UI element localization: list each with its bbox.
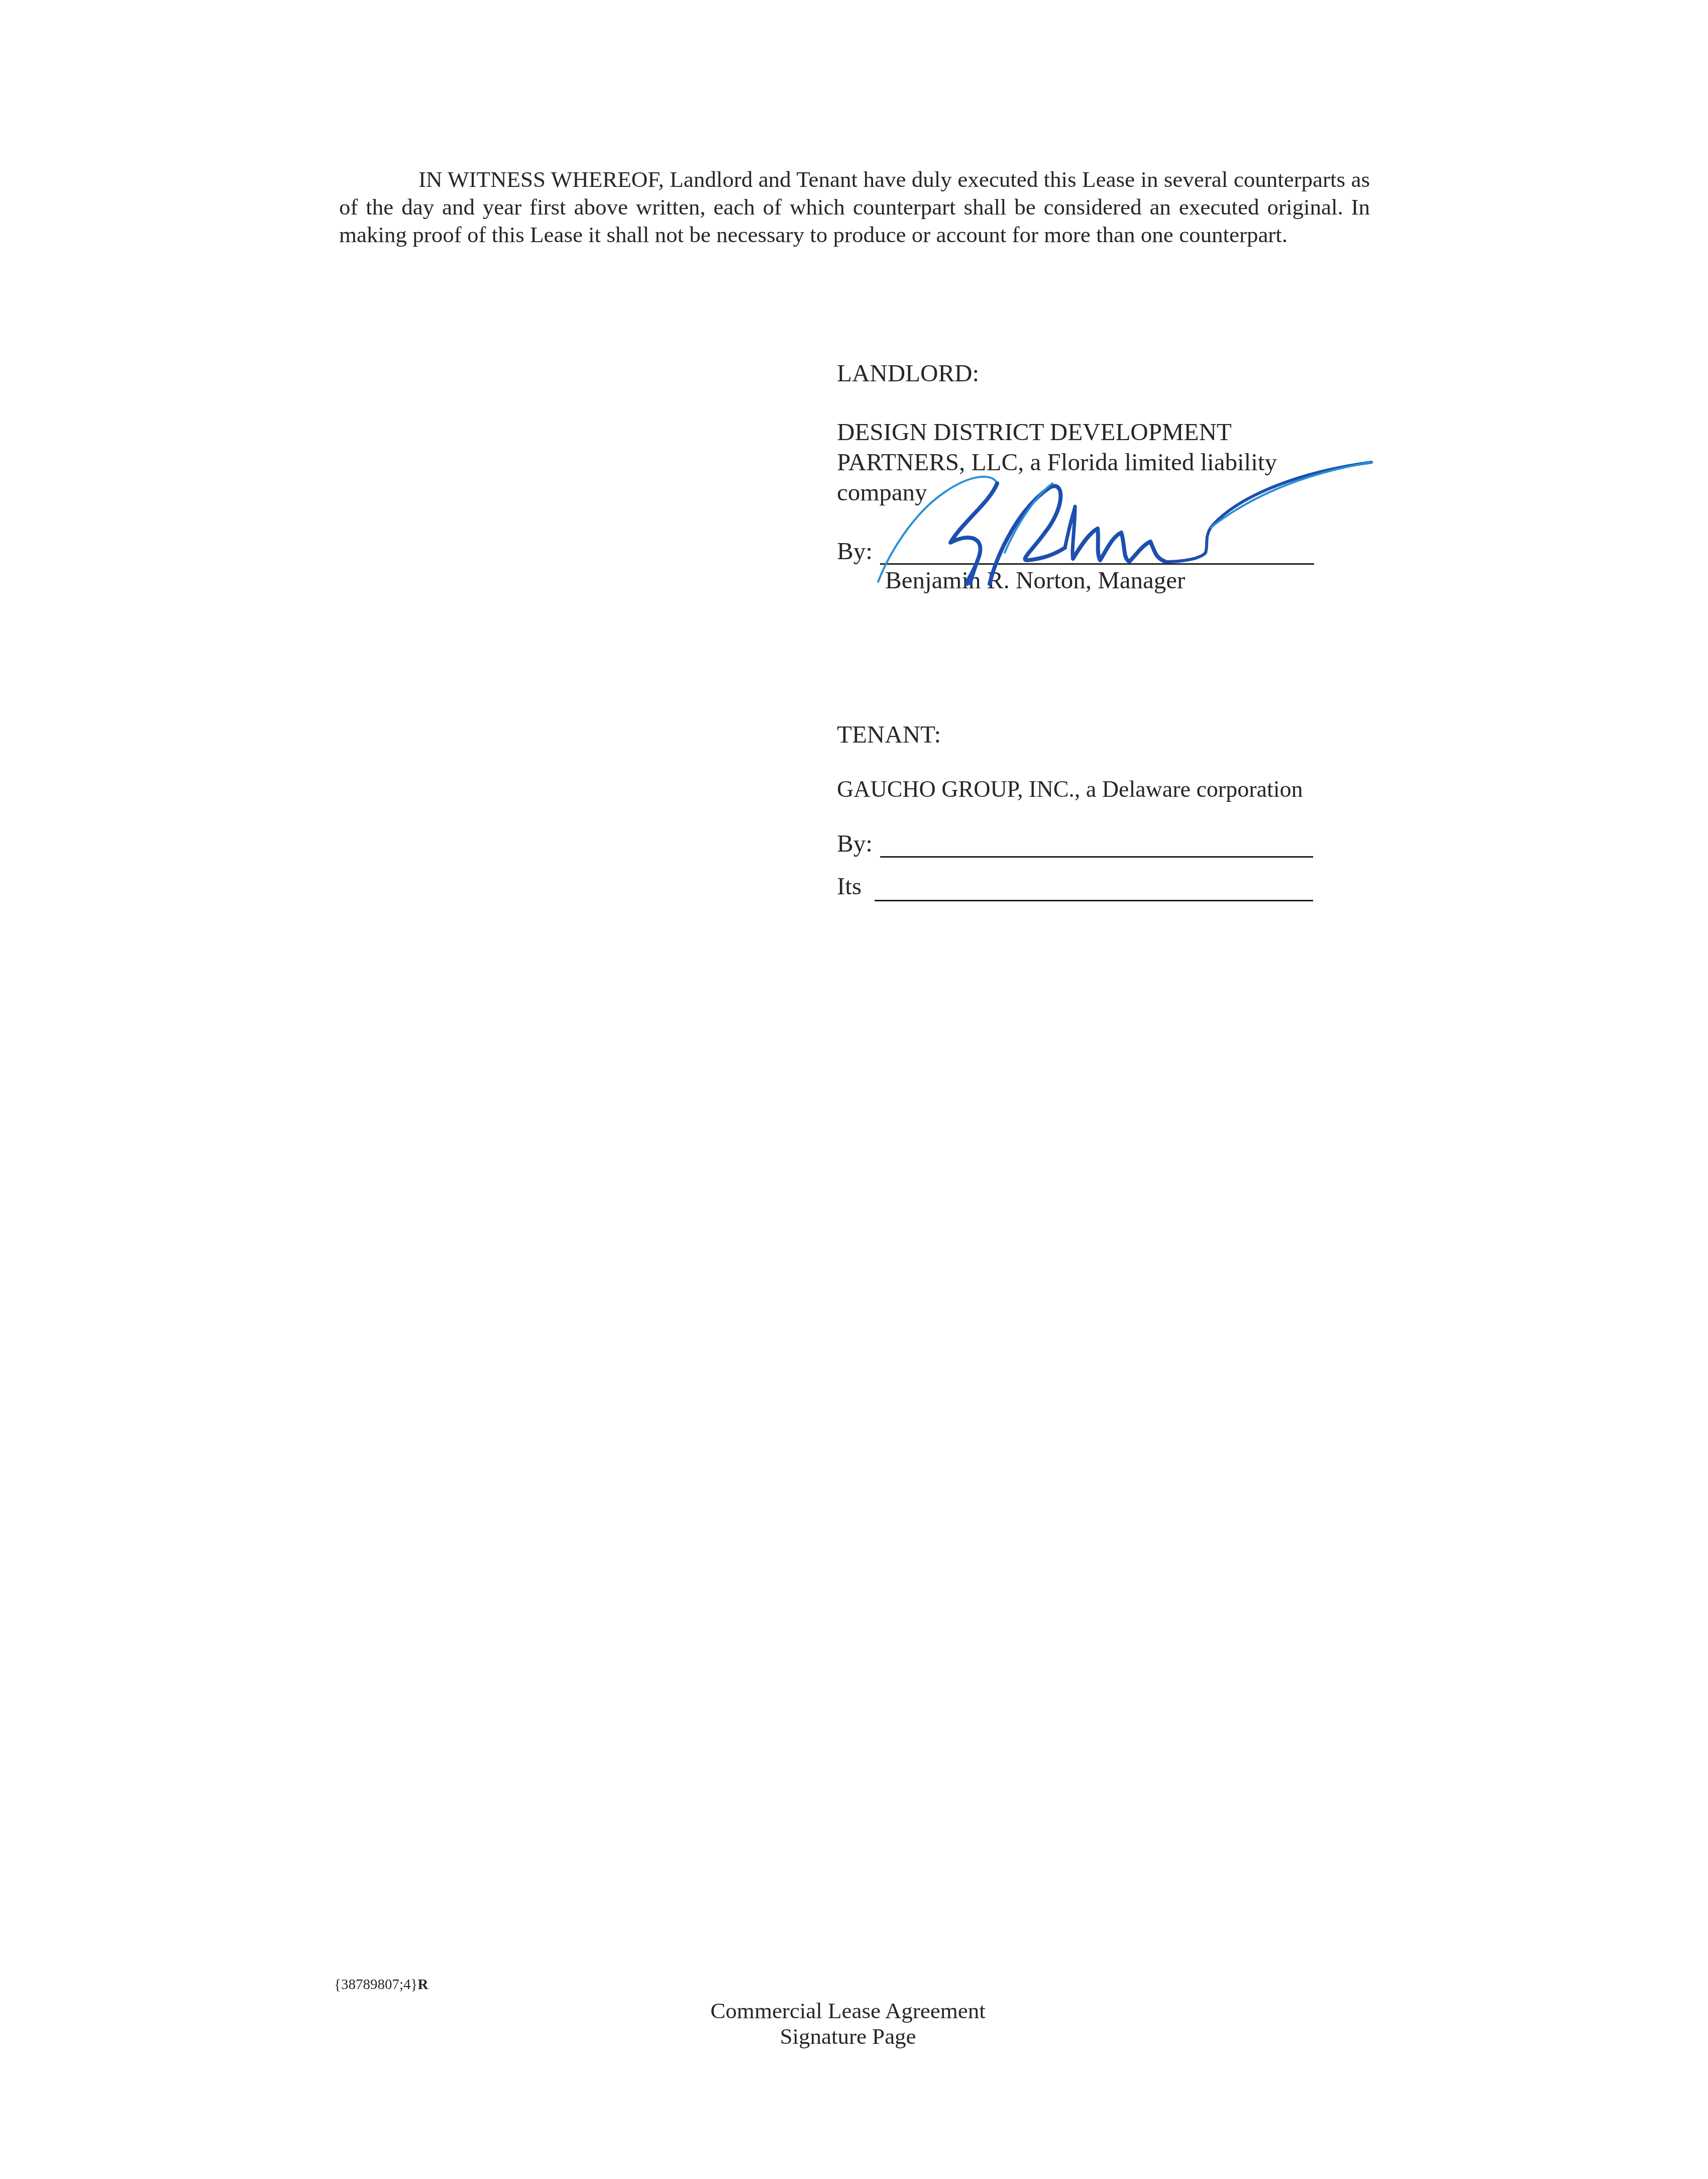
tenant-signature-line[interactable] — [880, 856, 1313, 858]
tenant-by-label: By: — [837, 828, 873, 859]
witness-paragraph: IN WITNESS WHEREOF, Landlord and Tenant … — [339, 166, 1370, 249]
doc-id-number: {38789807;4} — [334, 1977, 417, 1993]
tenant-its-label: Its — [837, 871, 862, 901]
doc-id-suffix: R — [417, 1977, 428, 1993]
footer-title-line1: Commercial Lease Agreement — [647, 1998, 1049, 2024]
footer-doc-id: {38789807;4}R — [334, 1977, 428, 1993]
tenant-heading: TENANT: — [837, 719, 941, 750]
tenant-title-line[interactable] — [875, 900, 1313, 901]
landlord-heading: LANDLORD: — [837, 358, 979, 388]
tenant-entity: GAUCHO GROUP, INC., a Delaware corporati… — [837, 774, 1303, 804]
landlord-signature-icon — [854, 452, 1407, 603]
landlord-entity-line1: DESIGN DISTRICT DEVELOPMENT — [837, 417, 1232, 447]
footer-title-line2: Signature Page — [647, 2024, 1049, 2049]
witness-paragraph-text: IN WITNESS WHEREOF, Landlord and Tenant … — [339, 167, 1370, 247]
